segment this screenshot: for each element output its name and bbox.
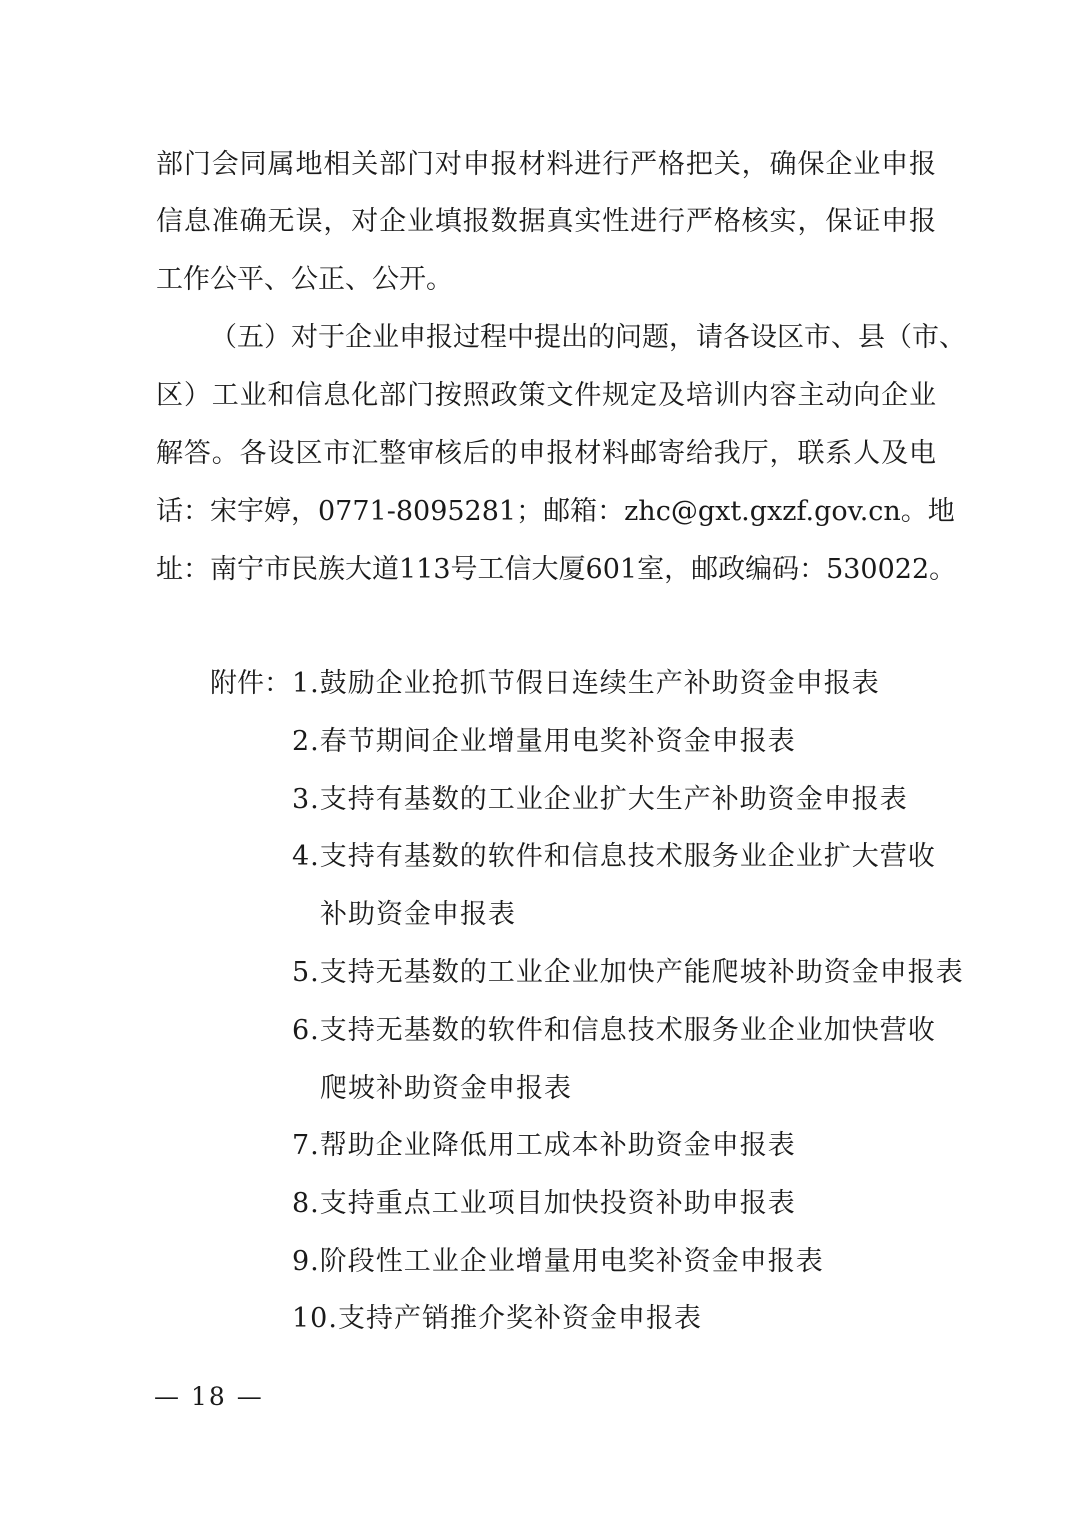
attachment-number: 4. <box>292 841 320 872</box>
attachment-number: 6. <box>292 1015 320 1046</box>
attachment-continuation: 爬坡补助资金申报表 <box>320 1072 572 1106</box>
attachment-number: 5. <box>292 957 320 988</box>
attachment-title: 支持产销推介奖补资金申报表 <box>338 1303 702 1334</box>
body-line: 工作公平、公正、公开。 <box>156 263 936 297</box>
attachments-label: 附件： <box>210 667 291 701</box>
body-line: 解答。各设区市汇整审核后的申报材料邮寄给我厅，联系人及电 <box>156 437 936 471</box>
page-number: — 18 — <box>154 1380 264 1414</box>
attachment-number: 8. <box>292 1188 320 1219</box>
attachment-item: 8.支持重点工业项目加快投资补助申报表 <box>292 1187 796 1221</box>
address-line: 址：南宁市民族大道113号工信大厦601室，邮政编码：530022。 <box>156 553 936 587</box>
attachment-title: 支持有基数的软件和信息技术服务业企业扩大营收 <box>320 841 936 872</box>
attachment-title: 鼓励企业抢抓节假日连续生产补助资金申报表 <box>320 668 880 699</box>
attachment-title: 支持无基数的软件和信息技术服务业企业加快营收 <box>320 1015 936 1046</box>
attachment-number: 1. <box>292 668 320 699</box>
document-page: 部门会同属地相关部门对申报材料进行严格把关，确保企业申报 信息准确无误，对企业填… <box>0 0 1074 1520</box>
attachment-item: 4.支持有基数的软件和信息技术服务业企业扩大营收 <box>292 840 936 874</box>
body-line: 部门会同属地相关部门对申报材料进行严格把关，确保企业申报 <box>156 148 936 182</box>
attachment-title: 支持有基数的工业企业扩大生产补助资金申报表 <box>320 784 908 815</box>
body-line: （五）对于企业申报过程中提出的问题，请各设区市、县（市、 <box>210 321 936 355</box>
attachment-number: 10. <box>292 1303 338 1334</box>
body-line: 区）工业和信息化部门按照政策文件规定及培训内容主动向企业 <box>156 379 936 413</box>
attachment-title: 支持无基数的工业企业加快产能爬坡补助资金申报表 <box>320 957 964 988</box>
attachment-item: 9.阶段性工业企业增量用电奖补资金申报表 <box>292 1245 824 1279</box>
contact-line: 话：宋宇婷，0771-8095281；邮箱：zhc@gxt.gxzf.gov.c… <box>156 495 936 529</box>
attachment-item: 3.支持有基数的工业企业扩大生产补助资金申报表 <box>292 783 908 817</box>
attachment-title: 帮助企业降低用工成本补助资金申报表 <box>320 1130 796 1161</box>
attachment-continuation: 补助资金申报表 <box>320 898 516 932</box>
attachment-title: 春节期间企业增量用电奖补资金申报表 <box>320 726 796 757</box>
attachment-number: 2. <box>292 726 320 757</box>
attachment-number: 3. <box>292 784 320 815</box>
attachment-number: 9. <box>292 1246 320 1277</box>
attachment-item: 10.支持产销推介奖补资金申报表 <box>292 1302 702 1336</box>
attachment-number: 7. <box>292 1130 320 1161</box>
attachment-item: 5.支持无基数的工业企业加快产能爬坡补助资金申报表 <box>292 956 964 990</box>
attachment-item: 7.帮助企业降低用工成本补助资金申报表 <box>292 1129 796 1163</box>
attachment-item: 2.春节期间企业增量用电奖补资金申报表 <box>292 725 796 759</box>
attachment-item: 6.支持无基数的软件和信息技术服务业企业加快营收 <box>292 1014 936 1048</box>
attachment-title: 阶段性工业企业增量用电奖补资金申报表 <box>320 1246 824 1277</box>
attachment-title: 支持重点工业项目加快投资补助申报表 <box>320 1188 796 1219</box>
body-line: 信息准确无误，对企业填报数据真实性进行严格核实，保证申报 <box>156 205 936 239</box>
attachment-item: 1.鼓励企业抢抓节假日连续生产补助资金申报表 <box>292 667 880 701</box>
